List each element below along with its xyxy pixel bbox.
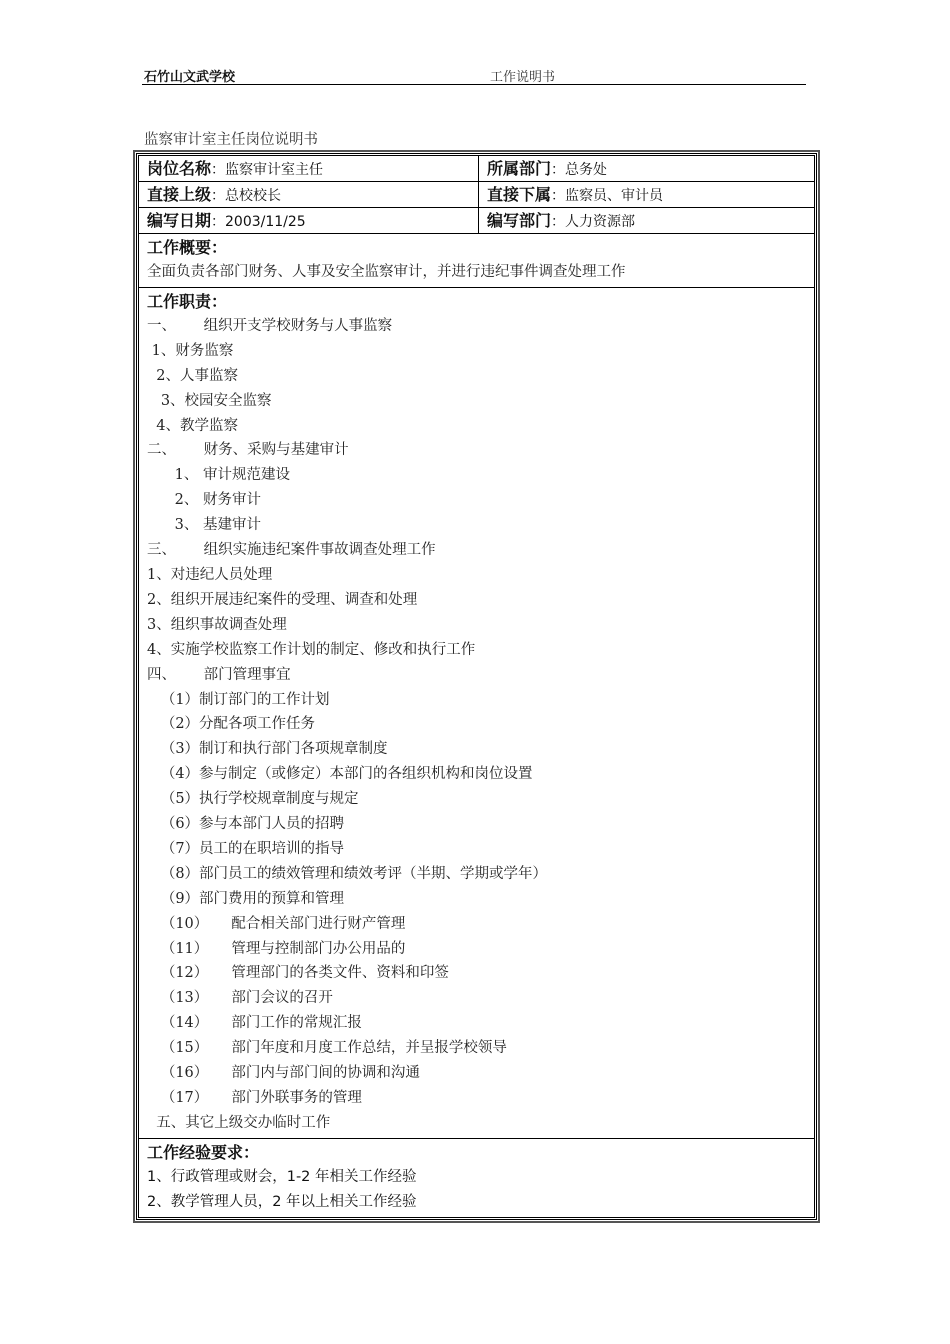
duty-item: 1、对违纪人员处理 [147, 563, 806, 588]
duty-item: 1、财务监察 [147, 339, 806, 364]
department-value: 总务处 [565, 162, 607, 178]
date-label: 编写日期 [147, 211, 211, 230]
experience-list: 1、行政管理或财会，1-2 年相关工作经验2、教学管理人员，2 年以上相关工作经… [147, 1165, 806, 1215]
author-dept-value: 人力资源部 [565, 214, 635, 230]
duty-item: 3、组织事故调查处理 [147, 613, 806, 638]
experience-item: 2、教学管理人员，2 年以上相关工作经验 [147, 1190, 806, 1215]
duty-item: （1）制订部门的工作计划 [147, 688, 806, 713]
subordinate-cell: 直接下属：监察员、审计员 [479, 182, 814, 207]
duty-item: （10） 配合相关部门进行财产管理 [147, 912, 806, 937]
info-row-date: 编写日期：2003/11/25 编写部门：人力资源部 [139, 208, 814, 234]
superior-cell: 直接上级：总校校长 [139, 182, 479, 207]
duty-item: （4）参与制定（或修定）本部门的各组织机构和岗位设置 [147, 762, 806, 787]
summary-section: 工作概要： 全面负责各部门财务、人事及安全监察审计，并进行违纪事件调查处理工作 [139, 234, 814, 288]
duty-item: （7）员工的在职培训的指导 [147, 837, 806, 862]
info-row-superior: 直接上级：总校校长 直接下属：监察员、审计员 [139, 182, 814, 208]
duty-item: 2、组织开展违纪案件的受理、调查和处理 [147, 588, 806, 613]
duty-item: 三、 组织实施违纪案件事故调查处理工作 [147, 538, 806, 563]
duties-list: 一、 组织开支学校财务与人事监察 1、财务监察 2、人事监察 3、校园安全监察 … [147, 314, 806, 1136]
duty-item: 五、其它上级交办临时工作 [147, 1111, 806, 1136]
page-header: 石竹山文武学校 工作说明书 [142, 64, 806, 85]
duty-item: 1、 审计规范建设 [147, 463, 806, 488]
position-value: 监察审计室主任 [225, 162, 323, 178]
duty-item: （11） 管理与控制部门办公用品的 [147, 937, 806, 962]
superior-value: 总校校长 [225, 188, 281, 204]
duties-title: 工作职责： [147, 290, 806, 314]
subordinate-label: 直接下属 [487, 185, 551, 204]
position-label: 岗位名称 [147, 159, 211, 178]
experience-item: 1、行政管理或财会，1-2 年相关工作经验 [147, 1165, 806, 1190]
duties-section: 工作职责： 一、 组织开支学校财务与人事监察 1、财务监察 2、人事监察 3、校… [139, 288, 814, 1139]
duty-item: （5）执行学校规章制度与规定 [147, 787, 806, 812]
duty-item: （15） 部门年度和月度工作总结，并呈报学校领导 [147, 1036, 806, 1061]
duty-item: （6）参与本部门人员的招聘 [147, 812, 806, 837]
document-title: 监察审计室主任岗位说明书 [144, 128, 318, 149]
duty-item: 2、 财务审计 [147, 488, 806, 513]
summary-text: 全面负责各部门财务、人事及安全监察审计，并进行违纪事件调查处理工作 [147, 260, 806, 285]
experience-section: 工作经验要求： 1、行政管理或财会，1-2 年相关工作经验2、教学管理人员，2 … [139, 1139, 814, 1217]
duty-item: （13） 部门会议的召开 [147, 986, 806, 1011]
duty-item: （8）部门员工的绩效管理和绩效考评（半期、学期或学年） [147, 862, 806, 887]
duty-item: （17） 部门外联事务的管理 [147, 1086, 806, 1111]
duty-item: （16） 部门内与部门间的协调和沟通 [147, 1061, 806, 1086]
date-cell: 编写日期：2003/11/25 [139, 208, 479, 233]
duty-item: （2）分配各项工作任务 [147, 712, 806, 737]
duty-item: 3、 基建审计 [147, 513, 806, 538]
department-label: 所属部门 [487, 159, 551, 178]
superior-label: 直接上级 [147, 185, 211, 204]
duty-item: 二、 财务、采购与基建审计 [147, 438, 806, 463]
subordinate-value: 监察员、审计员 [565, 188, 663, 204]
school-name: 石竹山文武学校 [144, 66, 235, 85]
duty-item: （9）部门费用的预算和管理 [147, 887, 806, 912]
duty-item: 四、 部门管理事宜 [147, 663, 806, 688]
position-cell: 岗位名称：监察审计室主任 [139, 156, 479, 181]
summary-title: 工作概要： [147, 236, 806, 260]
duty-item: 4、教学监察 [147, 414, 806, 439]
duty-item: 3、校园安全监察 [147, 389, 806, 414]
date-value: 2003/11/25 [225, 214, 306, 230]
author-dept-cell: 编写部门：人力资源部 [479, 208, 814, 233]
experience-title: 工作经验要求： [147, 1141, 806, 1165]
duty-item: （3）制订和执行部门各项规章制度 [147, 737, 806, 762]
duty-item: 一、 组织开支学校财务与人事监察 [147, 314, 806, 339]
duty-item: （14） 部门工作的常规汇报 [147, 1011, 806, 1036]
info-row-position: 岗位名称：监察审计室主任 所属部门：总务处 [139, 156, 814, 182]
duty-item: 2、人事监察 [147, 364, 806, 389]
department-cell: 所属部门：总务处 [479, 156, 814, 181]
document-type: 工作说明书 [490, 66, 555, 85]
job-description-table: 岗位名称：监察审计室主任 所属部门：总务处 直接上级：总校校长 直接下属：监察员… [133, 150, 820, 1223]
author-dept-label: 编写部门 [487, 211, 551, 230]
duty-item: （12） 管理部门的各类文件、资料和印签 [147, 961, 806, 986]
duty-item: 4、实施学校监察工作计划的制定、修改和执行工作 [147, 638, 806, 663]
